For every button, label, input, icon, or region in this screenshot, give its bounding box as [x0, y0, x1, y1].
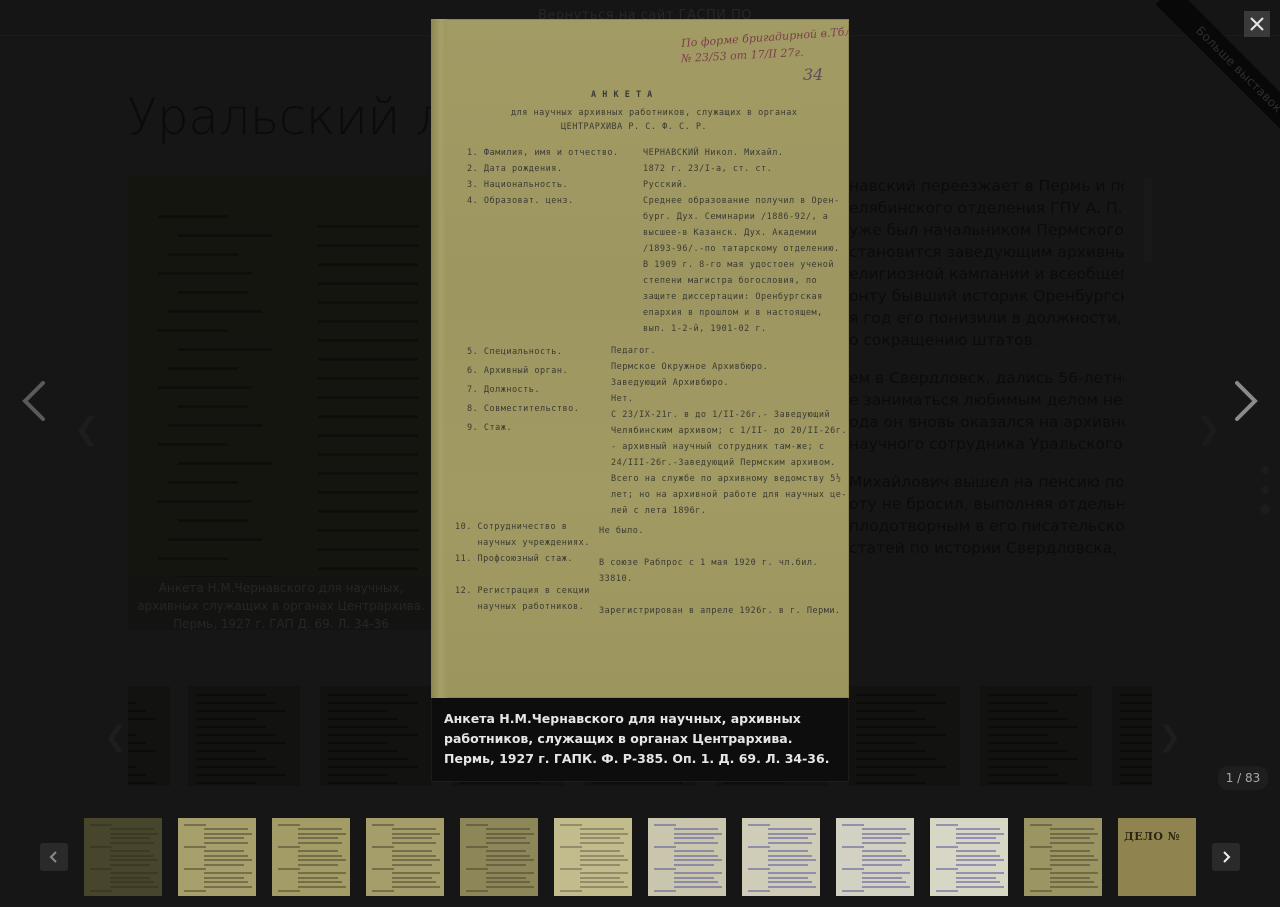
decorative-text-line — [392, 881, 436, 883]
decorative-text-line — [392, 842, 436, 844]
decorative-text-line — [196, 742, 286, 744]
decorative-text-line — [486, 842, 530, 844]
decorative-text-line — [768, 886, 816, 888]
decorative-text-line — [956, 864, 996, 866]
decorative-text-line — [988, 718, 1068, 720]
decorative-text-line — [318, 225, 418, 228]
document-heading: А Н К Е Т А — [591, 89, 653, 101]
decorative-text-line — [842, 846, 864, 848]
decorative-text-line — [128, 702, 136, 704]
decorative-text-line — [158, 443, 228, 446]
decorative-text-line — [128, 750, 156, 752]
decorative-text-line — [674, 859, 722, 861]
decorative-text-line — [298, 850, 338, 852]
gallery-strip-card[interactable] — [128, 686, 170, 786]
decorative-text-line — [328, 750, 398, 752]
document-fields-3: 10. Сотрудничество в научных учреждениях… — [455, 519, 590, 615]
decorative-text-line — [204, 842, 248, 844]
decorative-text-line — [128, 782, 156, 784]
decorative-text-line — [768, 850, 808, 852]
decorative-text-line — [1120, 710, 1152, 712]
decorative-text-line — [168, 310, 262, 313]
decorative-text-line — [842, 868, 864, 870]
decorative-text-line — [196, 782, 256, 784]
document-fields: 1. Фамилия, имя и отчество. 2. Дата рожд… — [467, 145, 619, 209]
decorative-text-line — [654, 868, 676, 870]
decorative-text-line — [278, 846, 300, 848]
decorative-text-line — [674, 881, 718, 883]
decorative-text-line — [158, 272, 252, 275]
decorative-text-line — [862, 886, 910, 888]
decorative-text-line — [842, 824, 864, 826]
decorative-text-line — [1030, 846, 1052, 848]
decorative-text-line — [748, 824, 770, 826]
thumbnail[interactable]: ДЕЛО № — [1118, 818, 1196, 896]
decorative-text-line — [674, 837, 714, 839]
decorative-text-line — [580, 886, 628, 888]
decorative-text-line — [842, 890, 864, 892]
decorative-text-line — [674, 833, 722, 835]
decorative-text-line — [956, 828, 1000, 830]
decorative-text-line — [128, 734, 136, 736]
decorative-text-line — [580, 855, 624, 857]
decorative-text-line — [328, 734, 418, 736]
decorative-text-line — [654, 824, 676, 826]
decorative-text-line — [1050, 833, 1098, 835]
decorative-text-line — [856, 694, 936, 696]
decorative-text-line — [128, 742, 146, 744]
thumbnail[interactable] — [366, 818, 444, 896]
decorative-text-line — [862, 855, 906, 857]
decorative-text-line — [168, 538, 262, 541]
article-line: становится заведующим архивным — [849, 241, 1124, 263]
decorative-text-line — [748, 890, 770, 892]
decorative-text-line — [768, 877, 808, 879]
decorative-text-line — [204, 828, 248, 830]
gallery-strip-card[interactable] — [188, 686, 300, 786]
chevron-right-icon — [1219, 850, 1233, 864]
decorative-text-line — [856, 702, 946, 704]
decorative-text-line — [298, 881, 342, 883]
thumbnails-prev-button[interactable] — [40, 843, 68, 871]
decorative-text-line — [158, 557, 228, 560]
decorative-text-line — [956, 833, 1004, 835]
decorative-text-line — [580, 877, 620, 879]
image-counter: 1 / 83 — [1218, 766, 1268, 790]
decorative-text-line — [1050, 881, 1094, 883]
article-line: навский переезжает в Пермь и по — [849, 175, 1124, 197]
decorative-text-line — [318, 282, 418, 285]
chevron-left-icon — [47, 850, 61, 864]
decorative-text-line — [204, 872, 252, 874]
decorative-text-line — [318, 529, 418, 532]
decorative-text-line — [392, 886, 440, 888]
document-values: ЧЕРНАВСКИЙ Никол. Михайл. 1872 г. 23/I-а… — [643, 145, 840, 337]
decorative-text-line — [466, 890, 488, 892]
decorative-text-line — [856, 758, 936, 760]
document-values-3: Не было. В союзе Рабпрос с 1 мая 1920 г.… — [599, 523, 841, 619]
article-paragraph: Михайлович вышел на пенсию пооту не брос… — [849, 471, 1124, 559]
decorative-text-line — [168, 367, 238, 370]
decorative-text-line — [862, 828, 906, 830]
decorative-text-line — [1050, 864, 1090, 866]
decorative-text-line — [580, 859, 628, 861]
decorative-text-line — [196, 758, 266, 760]
decorative-text-line — [956, 886, 1004, 888]
decorative-text-line — [158, 386, 252, 389]
decorative-text-line — [168, 481, 238, 484]
decorative-text-line — [936, 846, 958, 848]
article-line: статей по истории Свердловска, — [849, 537, 1124, 559]
decorative-text-line — [196, 766, 276, 768]
decorative-text-line — [204, 864, 244, 866]
decorative-text-line — [318, 396, 418, 399]
decorative-text-line — [204, 855, 248, 857]
thumbnail[interactable] — [84, 818, 162, 896]
document-subheading: для научных архивных работников, служащи… — [511, 107, 798, 119]
slider-dot[interactable] — [1260, 504, 1270, 514]
decorative-text-line — [204, 850, 244, 852]
decorative-text-line — [486, 872, 534, 874]
decorative-text-line — [392, 877, 432, 879]
decorative-text-line — [204, 837, 244, 839]
decorative-text-line — [856, 734, 946, 736]
decorative-text-line — [168, 424, 262, 427]
decorative-text-line — [486, 881, 530, 883]
decorative-text-line — [956, 855, 1000, 857]
article-paragraph: ем в Свердловск, дались 56-летнемуе зани… — [849, 367, 1124, 455]
gallery-strip-next-icon: ❯ — [1158, 720, 1181, 753]
decorative-text-line — [862, 833, 910, 835]
document-fields-2: 5. Специальность. 6. Архивный орган. 7. … — [467, 343, 579, 438]
thumbnail[interactable] — [272, 818, 350, 896]
decorative-text-line — [862, 842, 906, 844]
decorative-text-line — [178, 519, 248, 522]
article-paragraph: навский переезжает в Пермь и поелябинско… — [849, 175, 1124, 351]
decorative-text-line — [318, 510, 418, 513]
article-scrollbar[interactable] — [1144, 178, 1152, 262]
decorative-text-line — [654, 890, 676, 892]
decorative-text-line — [392, 859, 440, 861]
decorative-text-line — [988, 766, 1048, 768]
next-image-button[interactable] — [1228, 378, 1262, 424]
decorative-text-line — [168, 253, 238, 256]
article-line: елигиозной кампании и всеобщего — [849, 263, 1124, 285]
decorative-text-line — [466, 824, 488, 826]
lightbox-caption: Анкета Н.М.Чернавского для научных, архи… — [431, 698, 849, 782]
decorative-text-line — [318, 415, 418, 418]
thumbnail[interactable] — [1024, 818, 1102, 896]
decorative-text-line — [128, 774, 146, 776]
decorative-text-line — [158, 329, 228, 332]
decorative-text-line — [204, 886, 252, 888]
decorative-text-line — [580, 872, 628, 874]
decorative-text-line — [1050, 828, 1094, 830]
thumbnail[interactable] — [648, 818, 726, 896]
decorative-text-line — [862, 877, 902, 879]
decorative-text-line — [856, 718, 926, 720]
document-values-2: Педагог. Пермское Окружное Архивбюро. За… — [611, 343, 847, 519]
decorative-text-line — [768, 881, 812, 883]
decorative-text-line — [674, 855, 718, 857]
decorative-text-line — [956, 881, 1000, 883]
decorative-text-line — [184, 824, 206, 826]
decorative-text-line — [592, 782, 682, 784]
decorative-text-line — [674, 842, 718, 844]
document-edge — [431, 19, 447, 698]
decorative-text-line — [674, 877, 714, 879]
thumbnail[interactable] — [930, 818, 1008, 896]
article-line: онту бывший историк Оренбургской — [849, 285, 1124, 307]
chevron-left-icon — [18, 378, 52, 424]
decorative-text-line — [1050, 855, 1094, 857]
decorative-text-line — [1120, 694, 1152, 696]
decorative-text-line — [1120, 774, 1152, 776]
article-figure: Анкета Н.М.Чернавского для научных, архи… — [128, 175, 434, 630]
decorative-text-line — [862, 881, 906, 883]
decorative-text-line — [988, 742, 1058, 744]
decorative-text-line — [768, 837, 808, 839]
thumbnail[interactable] — [836, 818, 914, 896]
decorative-text-line — [768, 859, 816, 861]
decorative-text-line — [298, 872, 346, 874]
decorative-text-line — [936, 824, 958, 826]
decorative-text-line — [196, 734, 276, 736]
prev-image-button[interactable] — [18, 378, 52, 424]
decorative-text-line — [862, 850, 902, 852]
decorative-text-line — [988, 734, 1048, 736]
decorative-text-line — [1120, 718, 1152, 720]
decorative-text-line — [328, 726, 408, 728]
decorative-text-line — [988, 702, 1048, 704]
article-line: ем в Свердловск, дались 56-летнему — [849, 367, 1124, 389]
decorative-text-line — [372, 846, 394, 848]
decorative-text-line — [196, 726, 266, 728]
decorative-text-line — [768, 828, 812, 830]
decorative-text-line — [580, 850, 620, 852]
decorative-text-line — [328, 766, 418, 768]
decorative-text-line — [862, 837, 902, 839]
decorative-text-line — [1050, 859, 1098, 861]
gallery-strip-card[interactable] — [848, 686, 960, 786]
decorative-text-line — [768, 833, 816, 835]
decorative-text-line — [1050, 872, 1098, 874]
decorative-text-line — [560, 824, 582, 826]
decorative-text-line — [196, 694, 266, 696]
decorative-text-line — [128, 766, 136, 768]
decorative-text-line — [278, 890, 300, 892]
decorative-text-line — [486, 886, 534, 888]
decorative-text-line — [466, 868, 488, 870]
decorative-text-line — [988, 782, 1068, 784]
thumbnail-label: ДЕЛО № — [1124, 830, 1180, 843]
decorative-text-line — [1120, 782, 1152, 784]
decorative-text-line — [128, 710, 146, 712]
decorative-text-line — [178, 348, 272, 351]
decorative-text-line — [372, 824, 394, 826]
decorative-text-line — [392, 864, 432, 866]
decorative-text-line — [988, 750, 1068, 752]
decorative-text-line — [1050, 850, 1090, 852]
decorative-text-line — [486, 828, 530, 830]
decorative-text-line — [486, 877, 526, 879]
decorative-text-line — [318, 339, 418, 342]
slider-dot[interactable] — [1261, 486, 1269, 494]
decorative-text-line — [318, 263, 418, 266]
handwritten-note: По форме бригадирной в.Тбл — [681, 25, 849, 50]
decorative-text-line — [1120, 742, 1152, 744]
article-figure-image[interactable] — [128, 175, 434, 577]
gallery-strip-card[interactable] — [1112, 686, 1152, 786]
decorative-text-line — [1120, 750, 1152, 752]
decorative-text-line — [318, 567, 418, 570]
decorative-text-line — [328, 774, 388, 776]
decorative-text-line — [956, 850, 996, 852]
decorative-text-line — [318, 377, 418, 380]
decorative-text-line — [486, 837, 526, 839]
thumbnail[interactable] — [742, 818, 820, 896]
decorative-text-line — [298, 859, 346, 861]
decorative-text-line — [318, 548, 418, 551]
decorative-text-line — [328, 694, 408, 696]
decorative-text-line — [856, 774, 916, 776]
decorative-text-line — [956, 859, 1004, 861]
decorative-text-line — [466, 846, 488, 848]
decorative-text-line — [1050, 877, 1090, 879]
decorative-text-line — [560, 868, 582, 870]
article-line: ода он вновь оказался на архивной — [849, 411, 1124, 433]
decorative-text-line — [486, 859, 534, 861]
article-line: уже был начальником Пермского — [849, 219, 1124, 241]
decorative-text-line — [748, 846, 770, 848]
decorative-text-line — [768, 864, 808, 866]
decorative-text-line — [318, 244, 418, 247]
decorative-text-line — [318, 453, 418, 456]
decorative-text-line — [560, 890, 582, 892]
decorative-text-line — [580, 837, 620, 839]
active-thumbnail-overlay — [84, 818, 162, 896]
decorative-text-line — [196, 710, 286, 712]
decorative-text-line — [486, 855, 530, 857]
decorative-text-line — [674, 828, 718, 830]
decorative-text-line — [956, 872, 1004, 874]
decorative-text-line — [196, 702, 276, 704]
article-line: плодотворным в его писательской — [849, 515, 1124, 537]
decorative-text-line — [318, 472, 418, 475]
article-line: оту не бросил, выполняя отдельные — [849, 493, 1124, 515]
decorative-text-line — [856, 710, 916, 712]
decorative-text-line — [1050, 842, 1094, 844]
decorative-text-line — [862, 864, 902, 866]
decorative-text-line — [674, 872, 722, 874]
decorative-text-line — [328, 758, 408, 760]
article-line: о сокращению штатов. — [849, 329, 1124, 351]
decorative-text-line — [392, 855, 436, 857]
article-text: навский переезжает в Пермь и поелябинско… — [849, 175, 1124, 575]
slider-dot[interactable] — [1261, 466, 1269, 474]
decorative-text-line — [862, 859, 910, 861]
decorative-text-line — [328, 702, 418, 704]
decorative-text-line — [1120, 726, 1152, 728]
decorative-text-line — [392, 850, 432, 852]
decorative-text-line — [298, 855, 342, 857]
decorative-text-line — [486, 833, 534, 835]
decorative-text-line — [318, 358, 418, 361]
decorative-text-line — [318, 320, 418, 323]
decorative-text-line — [196, 718, 256, 720]
decorative-text-line — [580, 881, 624, 883]
decorative-text-line — [178, 405, 248, 408]
page-title: Уральский ле — [127, 88, 477, 146]
decorative-text-line — [178, 234, 272, 237]
decorative-text-line — [486, 850, 526, 852]
decorative-text-line — [328, 718, 398, 720]
decorative-text-line — [862, 872, 910, 874]
decorative-text-line — [184, 868, 206, 870]
article-line: Михайлович вышел на пенсию по — [849, 471, 1124, 493]
decorative-text-line — [674, 886, 722, 888]
decorative-text-line — [1120, 758, 1152, 760]
decorative-text-line — [988, 758, 1078, 760]
decorative-text-line — [158, 215, 228, 218]
decorative-text-line — [988, 774, 1058, 776]
decorative-text-line — [486, 864, 526, 866]
document-subheading-2: ЦЕНТРАРХИВА Р. С. Ф. С. Р. — [561, 121, 707, 133]
decorative-text-line — [298, 877, 338, 879]
decorative-text-line — [1030, 868, 1052, 870]
decorative-text-line — [856, 742, 916, 744]
decorative-text-line — [372, 868, 394, 870]
decorative-text-line — [1120, 734, 1152, 736]
thumbnail[interactable] — [178, 818, 256, 896]
decorative-text-line — [178, 291, 248, 294]
lightbox-image[interactable]: По форме бригадирной в.Тбл № 23/53 от 17… — [431, 19, 849, 698]
article-line: елябинского отделения ГПУ А. П. — [849, 197, 1124, 219]
close-icon — [1249, 16, 1265, 32]
article-line: научного сотрудника Уральского — [849, 433, 1124, 455]
decorative-text-line — [298, 886, 346, 888]
decorative-text-line — [318, 491, 418, 494]
decorative-text-line — [988, 694, 1078, 696]
page-number: 34 — [803, 65, 823, 84]
gallery-strip-card[interactable] — [980, 686, 1092, 786]
thumbnail[interactable] — [554, 818, 632, 896]
decorative-text-line — [768, 842, 812, 844]
decorative-text-line — [196, 750, 256, 752]
decorative-text-line — [372, 890, 394, 892]
decorative-text-line — [460, 782, 540, 784]
decorative-text-line — [768, 855, 812, 857]
decorative-text-line — [956, 842, 1000, 844]
decorative-text-line — [748, 868, 770, 870]
article-slider-prev-icon: ❮ — [74, 412, 99, 447]
decorative-text-line — [392, 837, 432, 839]
decorative-text-line — [936, 890, 958, 892]
close-button[interactable] — [1244, 11, 1270, 37]
decorative-text-line — [392, 833, 440, 835]
thumbnails-next-button[interactable] — [1212, 843, 1240, 871]
decorative-text-line — [318, 301, 418, 304]
decorative-text-line — [1030, 824, 1052, 826]
article-figure-caption: Анкета Н.М.Чернавского для научных, архи… — [128, 577, 434, 633]
thumbnail[interactable] — [460, 818, 538, 896]
decorative-text-line — [298, 833, 346, 835]
decorative-text-line — [580, 864, 620, 866]
decorative-text-line — [654, 846, 676, 848]
decorative-text-line — [196, 774, 286, 776]
gallery-strip-card[interactable] — [320, 686, 432, 786]
decorative-text-line — [204, 881, 248, 883]
